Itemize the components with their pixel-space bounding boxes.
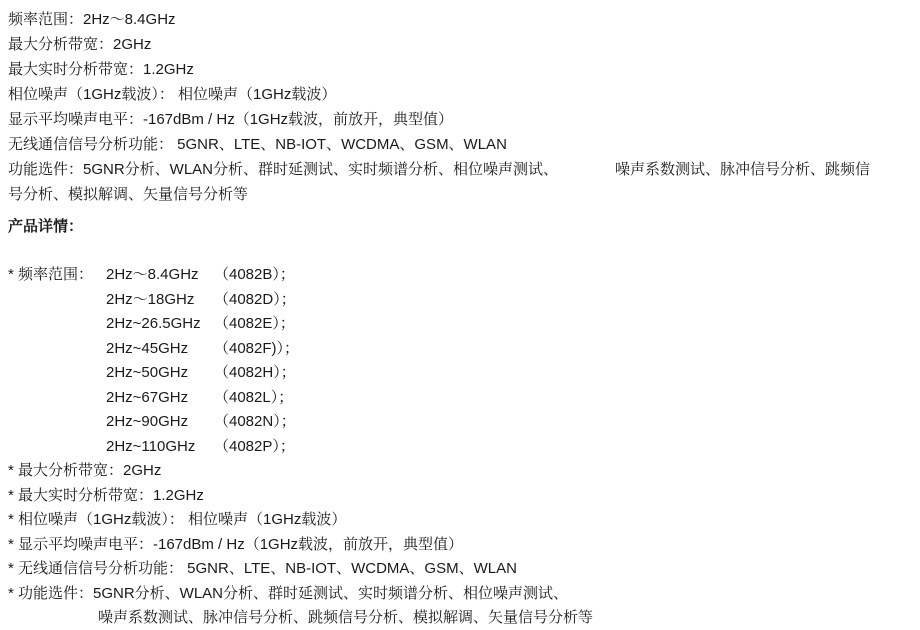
separator: ； <box>278 389 293 406</box>
model-number: （4082P） <box>214 438 280 455</box>
separator: ； <box>280 266 295 283</box>
freq-range: 2Hz~45GHz <box>106 337 214 362</box>
product-details-block: * 频率范围：2Hz～8.4GHz（4082B）； 2Hz～18GHz（4082… <box>8 263 920 630</box>
separator: ； <box>281 291 296 308</box>
model-number: （4082N） <box>214 413 281 430</box>
model-number: （4082D） <box>214 291 281 308</box>
detail-function-options: * 功能选件：5GNR分析、WLAN分析、群时延测试、实时频谱分析、相位噪声测试… <box>8 582 920 607</box>
summary-frequency-range: 频率范围：2Hz～8.4GHz <box>8 7 920 32</box>
freq-range: 2Hz～8.4GHz <box>106 263 214 288</box>
summary-phase-noise: 相位噪声（1GHz载波）： 相位噪声（1GHz载波） <box>8 82 920 107</box>
freq-range: 2Hz~90GHz <box>106 410 214 435</box>
detail-max-realtime-bandwidth: * 最大实时分析带宽：1.2GHz <box>8 484 920 509</box>
summary-function-options-wrap: 号分析、模拟解调、矢量信号分析等 <box>8 182 920 207</box>
summary-wireless-analysis: 无线通信信号分析功能： 5GNR、LTE、NB-IOT、WCDMA、GSM、WL… <box>8 132 920 157</box>
freq-range: 2Hz~26.5GHz <box>106 312 214 337</box>
summary-function-options-line: 功能选件：5GNR分析、WLAN分析、群时延测试、实时频谱分析、相位噪声测试、噪… <box>8 157 920 182</box>
summary-options-part1: 功能选件：5GNR分析、WLAN分析、群时延测试、实时频谱分析、相位噪声测试、 <box>8 161 558 178</box>
model-number: （4082L） <box>214 389 278 406</box>
freq-row: 2Hz~45GHz（4082F)）； <box>8 337 920 362</box>
freq-range: 2Hz~67GHz <box>106 386 214 411</box>
summary-options-part2: 噪声系数测试、脉冲信号分析、跳频信 <box>615 161 870 178</box>
detail-phase-noise: * 相位噪声（1GHz载波）： 相位噪声（1GHz载波） <box>8 508 920 533</box>
separator: ； <box>280 438 295 455</box>
freq-row: 2Hz～18GHz（4082D）； <box>8 288 920 313</box>
freq-range: 2Hz～18GHz <box>106 288 214 313</box>
product-details-heading: 产品详情： <box>8 217 920 236</box>
freq-row: 2Hz~26.5GHz（4082E）； <box>8 312 920 337</box>
detail-wireless-analysis: * 无线通信信号分析功能： 5GNR、LTE、NB-IOT、WCDMA、GSM、… <box>8 557 920 582</box>
separator: ； <box>281 413 296 430</box>
detail-max-analysis-bandwidth: * 最大分析带宽：2GHz <box>8 459 920 484</box>
freq-range: 2Hz~50GHz <box>106 361 214 386</box>
detail-displayed-noise-level: * 显示平均噪声电平：-167dBm / Hz（1GHz载波，前放开，典型值） <box>8 533 920 558</box>
summary-max-realtime-bandwidth: 最大实时分析带宽：1.2GHz <box>8 57 920 82</box>
summary-displayed-noise-level: 显示平均噪声电平：-167dBm / Hz（1GHz载波，前放开，典型值） <box>8 107 920 132</box>
separator: ； <box>281 364 296 381</box>
model-number: （4082F)） <box>214 340 284 357</box>
freq-row: 2Hz~110GHz（4082P）； <box>8 435 920 460</box>
model-number: （4082H） <box>214 364 281 381</box>
freq-item-prefix: * 频率范围： <box>8 263 106 288</box>
freq-row: 2Hz~90GHz（4082N）； <box>8 410 920 435</box>
spec-summary-block: 频率范围：2Hz～8.4GHz 最大分析带宽：2GHz 最大实时分析带宽：1.2… <box>8 7 920 207</box>
freq-row: 2Hz~67GHz（4082L）； <box>8 386 920 411</box>
model-number: （4082B） <box>214 266 280 283</box>
summary-max-analysis-bandwidth: 最大分析带宽：2GHz <box>8 32 920 57</box>
separator: ； <box>284 340 299 357</box>
freq-row: 2Hz~50GHz（4082H）； <box>8 361 920 386</box>
detail-function-options-wrap: 噪声系数测试、脉冲信号分析、跳频信号分析、模拟解调、矢量信号分析等 <box>8 606 920 630</box>
separator: ； <box>280 315 295 332</box>
product-spec-page: { "page": { "background": "#ffffff", "te… <box>0 0 920 630</box>
freq-range: 2Hz~110GHz <box>106 435 214 460</box>
model-number: （4082E） <box>214 315 280 332</box>
freq-row: * 频率范围：2Hz～8.4GHz（4082B）； <box>8 263 920 288</box>
